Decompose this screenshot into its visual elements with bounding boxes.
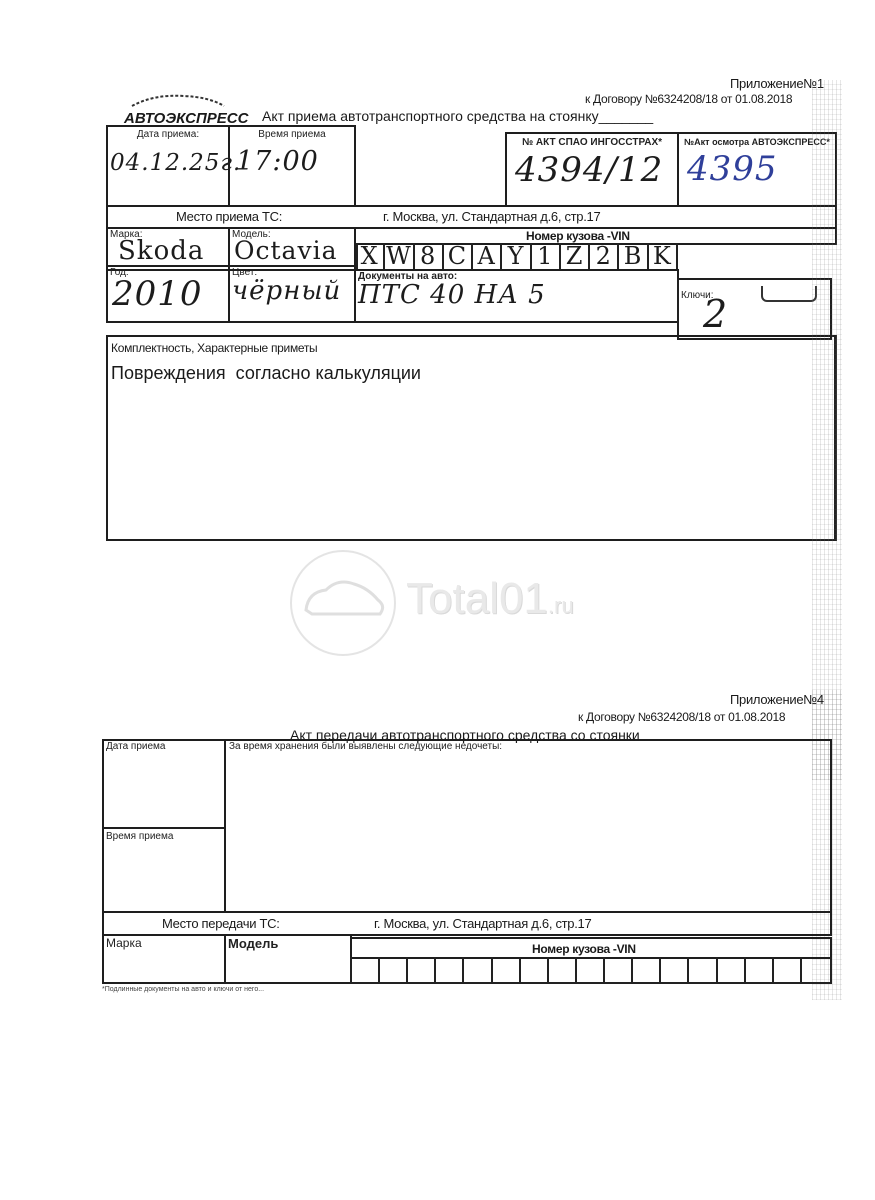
- watermark-text: Total01.ru: [406, 574, 574, 624]
- vin-char-cell[interactable]: Z: [561, 243, 590, 269]
- vin-char-cell[interactable]: [352, 957, 380, 982]
- vin-char-cell[interactable]: [408, 957, 436, 982]
- year-cell[interactable]: Год: 2010: [106, 265, 230, 323]
- appendix-label: Приложение№4: [730, 692, 824, 707]
- release-place-value: г. Москва, ул. Стандартная д.6, стр.17: [374, 916, 591, 931]
- contract-reference: к Договору №6324208/18 от 01.08.2018: [585, 92, 792, 106]
- vin-char-cell[interactable]: [661, 957, 689, 982]
- release-model-label: Модель: [226, 936, 350, 951]
- release-date-label: Дата приема: [104, 741, 224, 752]
- release-date-cell[interactable]: Дата приема: [102, 739, 226, 829]
- vin-char-cell[interactable]: [689, 957, 717, 982]
- footnote: *Подлинные документы на авто и ключи от …: [102, 986, 264, 993]
- vin-char-cell[interactable]: [493, 957, 521, 982]
- model-value: Octavia: [230, 236, 354, 265]
- release-vin-cells[interactable]: [350, 957, 832, 984]
- release-place-row: Место передачи ТС: г. Москва, ул. Станда…: [102, 911, 832, 936]
- time-label: Время приема: [230, 129, 354, 140]
- vin-char-cell[interactable]: [746, 957, 774, 982]
- vin-char-cell[interactable]: B: [619, 243, 648, 269]
- release-model-cell[interactable]: Модель: [224, 934, 352, 984]
- release-brand-label: Марка: [104, 936, 224, 950]
- date-value: 04.12.25г.: [108, 150, 228, 176]
- contract-reference: к Договору №6324208/18 от 01.08.2018: [578, 710, 785, 724]
- vin-cells[interactable]: XW8CAY1Z2BK: [356, 243, 678, 271]
- vin-char-cell[interactable]: 2: [590, 243, 619, 269]
- features-box[interactable]: Комплектность, Характерные приметы Повре…: [106, 335, 837, 541]
- release-brand-cell[interactable]: Марка: [102, 934, 226, 984]
- vin-char-cell[interactable]: K: [649, 243, 678, 269]
- release-time-cell[interactable]: Время приема: [102, 827, 226, 913]
- date-cell[interactable]: Дата приема: 04.12.25г.: [106, 125, 230, 207]
- date-label: Дата приема:: [108, 129, 228, 140]
- vin-char-cell[interactable]: [380, 957, 408, 982]
- watermark: Total01.ru: [288, 548, 618, 658]
- release-place-label: Место передачи ТС:: [162, 916, 280, 931]
- defects-box[interactable]: За время хранения были выявлены следующи…: [224, 739, 832, 913]
- watermark-car-icon: [288, 548, 398, 658]
- place-value: г. Москва, ул. Стандартная д.6, стр.17: [383, 209, 600, 224]
- time-value: 17:00: [230, 146, 354, 177]
- release-vin-label: Номер кузова -VIN: [532, 942, 636, 956]
- documents-value: ПТС 40 НА 5: [356, 280, 677, 310]
- vin-char-cell[interactable]: X: [356, 243, 385, 269]
- color-value: чёрный: [230, 276, 354, 306]
- vin-label: Номер кузова -VIN: [526, 229, 630, 243]
- vin-char-cell[interactable]: [436, 957, 464, 982]
- vin-char-cell[interactable]: Y: [502, 243, 531, 269]
- color-cell[interactable]: Цвет: чёрный: [228, 265, 356, 323]
- car-silhouette-icon: [124, 94, 234, 108]
- place-label: Место приема ТС:: [176, 209, 282, 224]
- company-logo: АВТОЭКСПРЕСС: [124, 94, 234, 127]
- vin-char-cell[interactable]: [633, 957, 661, 982]
- vin-char-cell[interactable]: [605, 957, 633, 982]
- ingos-act-label: № АКТ СПАО ИНГОССТРАХ*: [507, 137, 677, 148]
- keys-checkbox[interactable]: [761, 286, 817, 302]
- vin-char-cell[interactable]: [577, 957, 605, 982]
- vin-char-cell[interactable]: 1: [532, 243, 561, 269]
- vin-char-cell[interactable]: 8: [415, 243, 444, 269]
- vin-char-cell[interactable]: W: [385, 243, 414, 269]
- release-time-label: Время приема: [104, 831, 224, 842]
- vin-char-cell[interactable]: [521, 957, 549, 982]
- vin-char-cell[interactable]: [718, 957, 746, 982]
- vin-char-cell[interactable]: [549, 957, 577, 982]
- scan-artifact: [812, 80, 842, 780]
- documents-cell[interactable]: Документы на авто: ПТС 40 НА 5: [354, 269, 679, 323]
- defects-label: За время хранения были выявлены следующи…: [226, 741, 830, 752]
- features-label: Комплектность, Характерные приметы: [111, 341, 317, 355]
- place-row: Место приема ТС: г. Москва, ул. Стандарт…: [106, 205, 837, 229]
- ingos-act-value: 4394/12: [507, 150, 677, 190]
- vin-char-cell[interactable]: [464, 957, 492, 982]
- year-value: 2010: [108, 274, 228, 314]
- vin-char-cell[interactable]: C: [444, 243, 473, 269]
- time-cell[interactable]: Время приема 17:00: [228, 125, 356, 207]
- features-value: Повреждения согласно калькуляции: [111, 363, 421, 384]
- vin-char-cell[interactable]: A: [473, 243, 502, 269]
- ingos-act-cell[interactable]: № АКТ СПАО ИНГОССТРАХ* 4394/12: [505, 132, 679, 207]
- brand-value: Skoda: [108, 236, 228, 266]
- vin-char-cell[interactable]: [774, 957, 802, 982]
- keys-cell[interactable]: Ключи: 2: [677, 278, 832, 340]
- release-vin-header: Номер кузова -VIN: [350, 937, 832, 959]
- form-title: Акт приема автотранспортного средства на…: [262, 108, 653, 124]
- keys-value: 2: [703, 292, 728, 336]
- appendix-label: Приложение№1: [730, 76, 824, 91]
